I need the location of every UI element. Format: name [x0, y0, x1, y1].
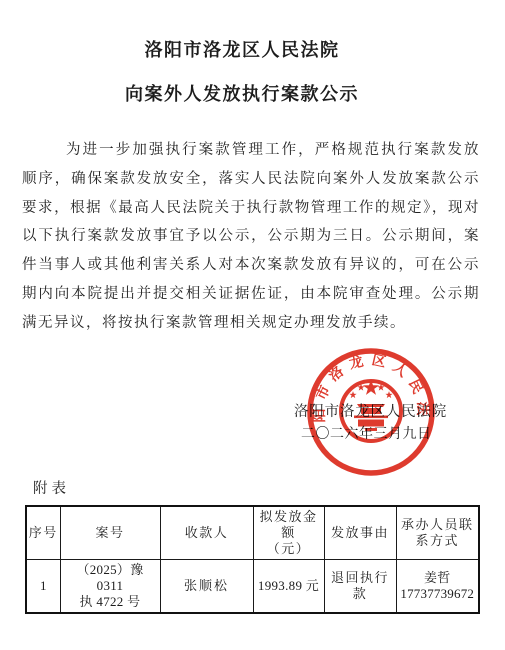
- header-amount: 拟发放金额 （元）: [253, 506, 324, 560]
- header-case-no: 案号: [60, 506, 160, 560]
- header-payee: 收款人: [160, 506, 253, 560]
- document-title-court: 洛阳市洛龙区人民法院: [22, 36, 462, 62]
- header-reason: 发放事由: [324, 506, 396, 560]
- court-notice-document: 洛阳市洛龙区人民法院 向案外人发放执行案款公示 为进一步加强执行案款管理工作，严…: [0, 0, 505, 650]
- payout-table: 序号 案号 收款人 拟发放金额 （元） 发放事由 承办人员联 系方式 1 （20…: [25, 505, 480, 614]
- table-header-row: 序号 案号 收款人 拟发放金额 （元） 发放事由 承办人员联 系方式: [26, 506, 479, 560]
- signature-court-name: 洛阳市洛龙区人民法院: [294, 400, 447, 421]
- cell-amount: 1993.89 元: [253, 560, 324, 614]
- appendix-label: 附表: [33, 477, 70, 498]
- document-title-subject: 向案外人发放执行案款公示: [22, 80, 462, 106]
- cell-seq: 1: [26, 560, 60, 614]
- signature-date: 二〇二六年三月九日: [301, 423, 432, 443]
- header-seq: 序号: [26, 506, 60, 560]
- cell-case-no: （2025）豫 0311 执 4722 号: [60, 560, 160, 614]
- cell-payee: 张顺松: [160, 560, 253, 614]
- notice-body-paragraph: 为进一步加强执行案款管理工作，严格规范执行案款发放顺序，确保案款发放安全，落实人…: [22, 136, 480, 338]
- header-contact: 承办人员联 系方式: [396, 506, 479, 560]
- table-row: 1 （2025）豫 0311 执 4722 号 张顺松 1993.89 元 退回…: [26, 560, 479, 614]
- cell-contact: 姜哲 17737739672: [396, 560, 479, 614]
- cell-reason: 退回执行款: [324, 560, 396, 614]
